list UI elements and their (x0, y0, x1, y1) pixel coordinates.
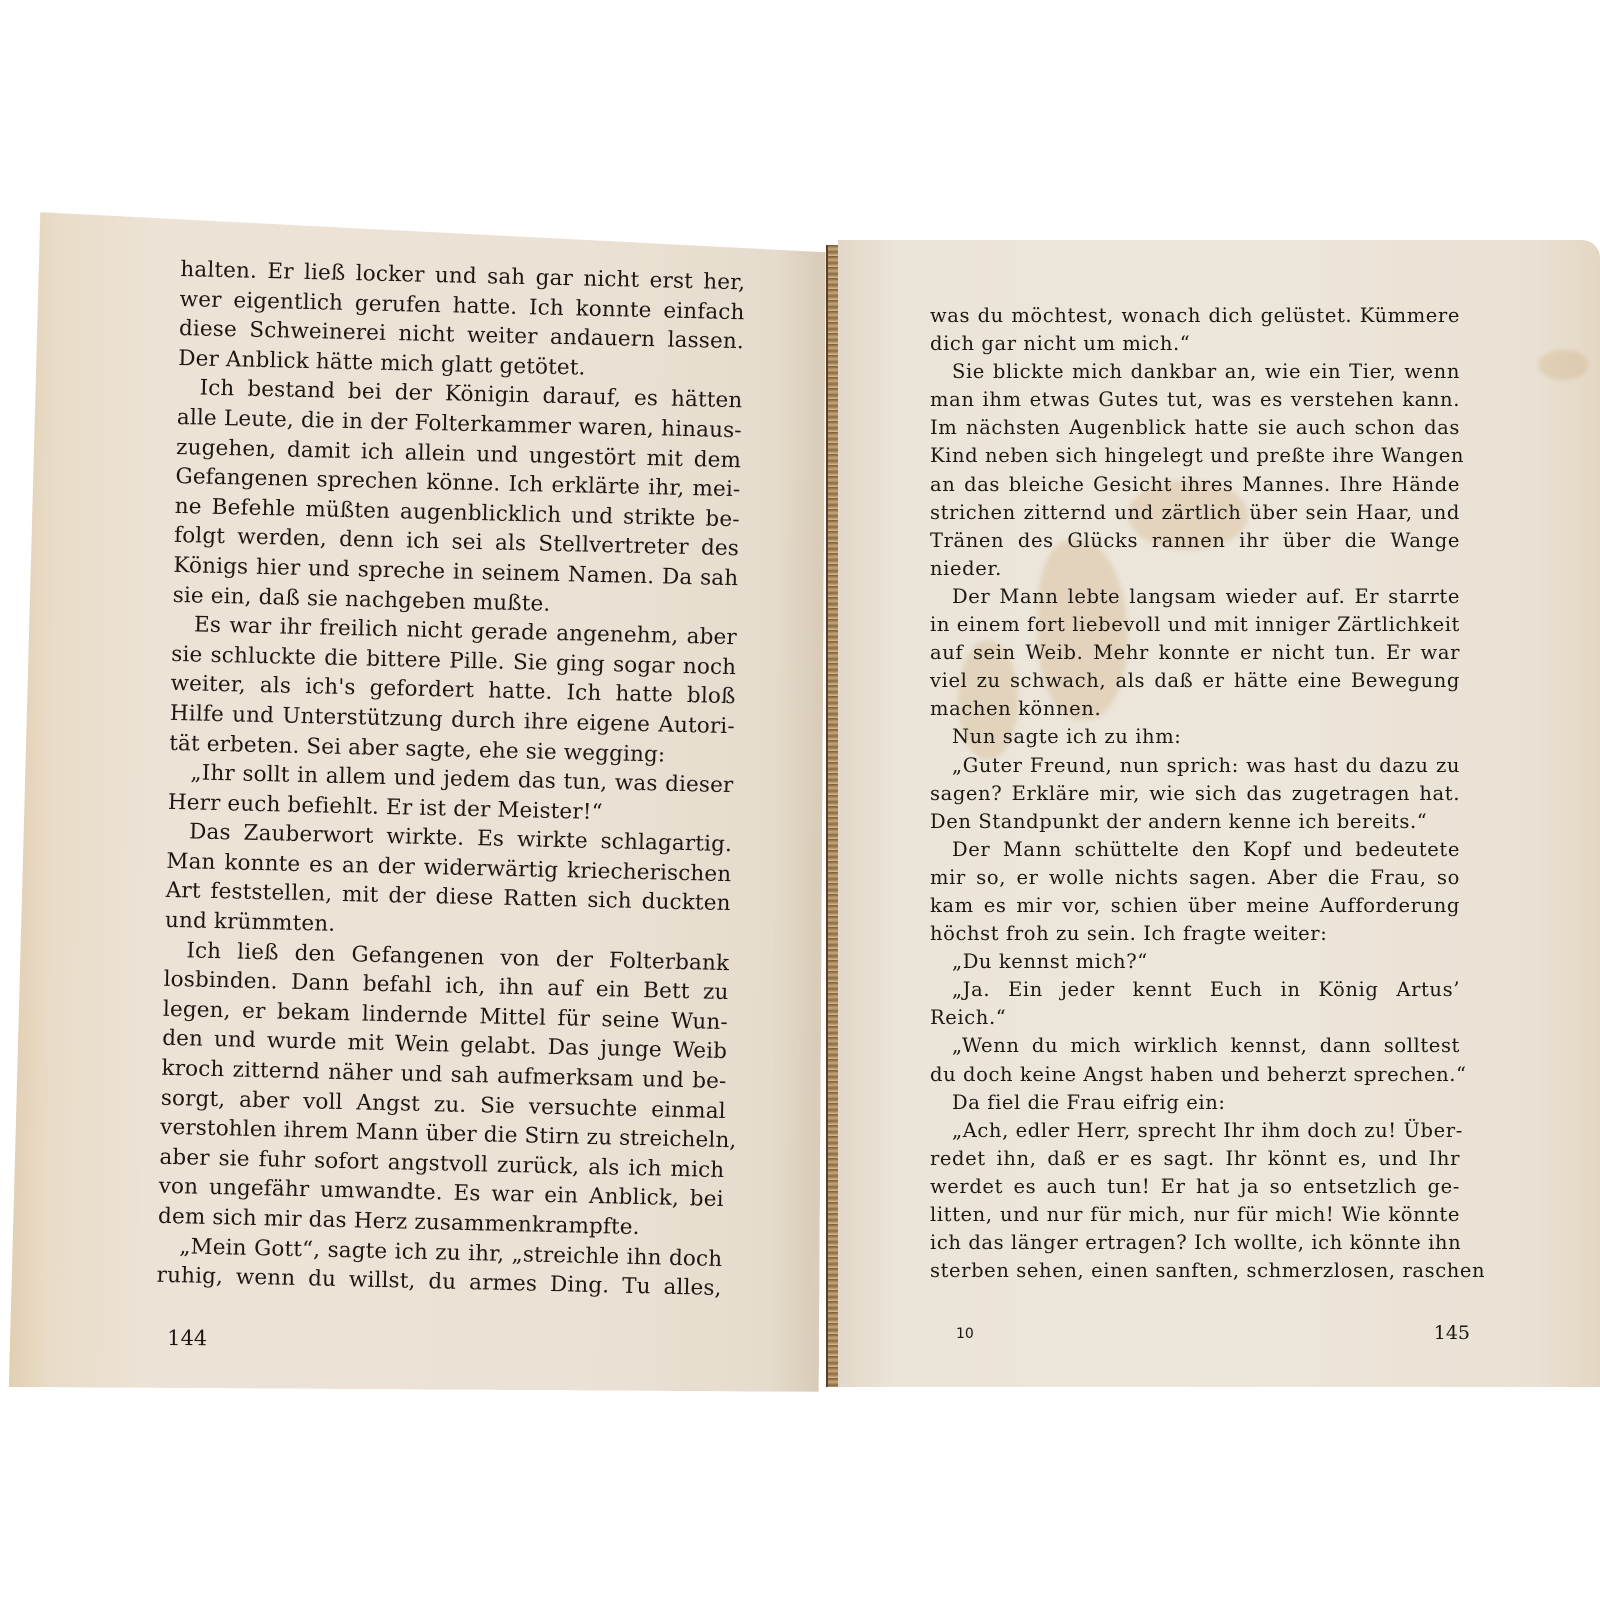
right-page-text: was du möchtest, wonach dich gelüstet. K… (930, 302, 1460, 1285)
text-line: Im nächsten Augenblick hatte sie auch sc… (930, 414, 1460, 442)
left-page-text: halten. Er ließ locker und sah gar nicht… (156, 255, 745, 1304)
text-line: dich gar nicht um mich.“ (930, 330, 1460, 358)
text-line: mir so, er wolle nichts sagen. Aber die … (930, 864, 1460, 892)
text-line: Der Mann schüttelte den Kopf und bedeute… (930, 836, 1460, 864)
text-line: du doch keine Angst haben und beherzt sp… (930, 1061, 1460, 1089)
text-line: Nun sagte ich zu ihm: (930, 723, 1460, 751)
text-line: viel zu schwach, als daß er hätte eine B… (930, 667, 1460, 695)
text-line: „Ja. Ein jeder kennt Euch in König Artus… (930, 976, 1460, 1004)
signature-mark: 10 (956, 1326, 974, 1342)
text-line: „Guter Freund, nun sprich: was hast du d… (930, 752, 1460, 780)
text-line: Da fiel die Frau eifrig ein: (930, 1089, 1460, 1117)
text-line: Sie blickte mich dankbar an, wie ein Tie… (930, 358, 1460, 386)
text-line: „Wenn du mich wirklich kennst, dann soll… (930, 1032, 1460, 1060)
text-line: Der Mann lebte langsam wieder auf. Er st… (930, 583, 1460, 611)
right-page: was du möchtest, wonach dich gelüstet. K… (838, 240, 1600, 1387)
text-line: ich das länger ertragen? Ich wollte, ich… (930, 1229, 1460, 1257)
text-line: machen können. (930, 695, 1460, 723)
page-number-left: 144 (167, 1326, 207, 1350)
text-line: sterben sehen, einen sanften, schmerzlos… (930, 1257, 1460, 1285)
text-line: werdet es auch tun! Er hat ja so entsetz… (930, 1173, 1460, 1201)
text-line: man ihm etwas Gutes tut, was es verstehe… (930, 386, 1460, 414)
text-line: Den Standpunkt der andern kenne ich bere… (930, 808, 1460, 836)
page-number-right: 145 (1434, 1322, 1470, 1344)
text-line: was du möchtest, wonach dich gelüstet. K… (930, 302, 1460, 330)
text-line: Tränen des Glücks rannen ihr über die Wa… (930, 527, 1460, 555)
text-line: „Du kennst mich?“ (930, 948, 1460, 976)
text-line: in einem fort liebevoll und mit inniger … (930, 611, 1460, 639)
water-stain (1538, 350, 1588, 380)
text-line: strichen zitternd und zärtlich über sein… (930, 499, 1460, 527)
text-line: sagen? Erkläre mir, wie sich das zugetra… (930, 780, 1460, 808)
text-line: auf sein Weib. Mehr konnte er nicht tun.… (930, 639, 1460, 667)
text-line: kam es mir vor, schien über meine Auffor… (930, 892, 1460, 920)
text-line: höchst froh zu sein. Ich fragte weiter: (930, 920, 1460, 948)
text-line: nieder. (930, 555, 1460, 583)
text-line: Reich.“ (930, 1004, 1460, 1032)
text-line: „Ach, edler Herr, sprecht Ihr ihm doch z… (930, 1117, 1460, 1145)
left-page: halten. Er ließ locker und sah gar nicht… (9, 212, 826, 1392)
text-line: an das bleiche Gesicht ihres Mannes. Ihr… (930, 471, 1460, 499)
text-line: Kind neben sich hingelegt und preßte ihr… (930, 442, 1460, 470)
text-line: redet ihn, daß er es sagt. Ihr könnt es,… (930, 1145, 1460, 1173)
text-line: litten, und nur für mich, nur für mich! … (930, 1201, 1460, 1229)
